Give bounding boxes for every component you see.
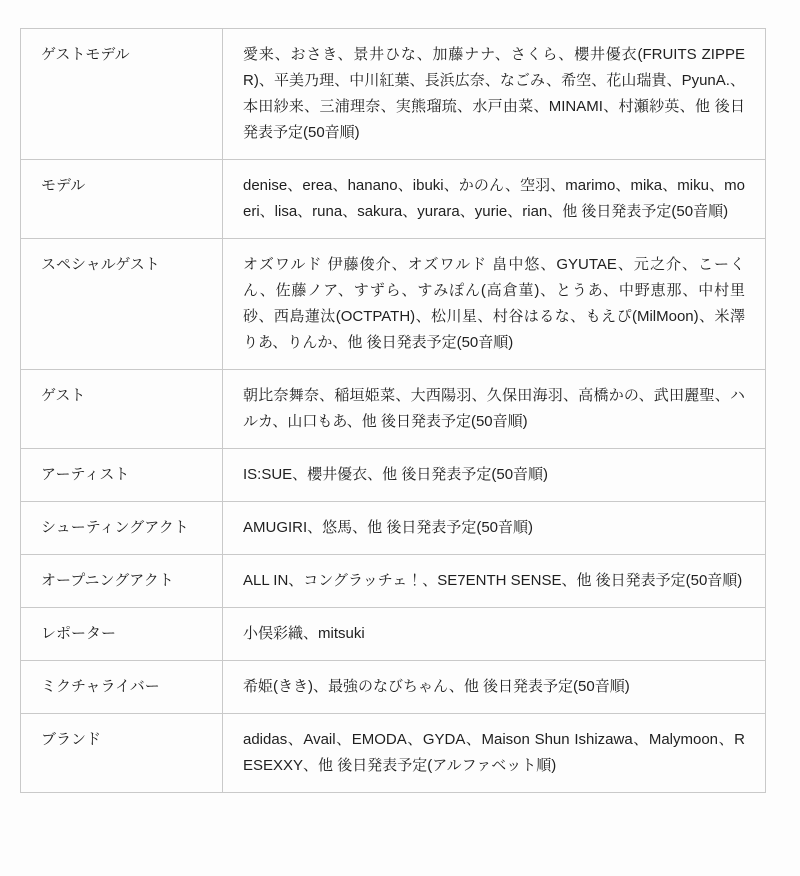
category-label: ブランド (21, 714, 223, 793)
category-value: adidas、Avail、EMODA、GYDA、Maison Shun Ishi… (223, 714, 766, 793)
category-label: ミクチャライバー (21, 661, 223, 714)
category-value: 朝比奈舞奈、稲垣姫菜、大西陽羽、久保田海羽、高橋かの、武田麗聖、ハルカ、山口もあ… (223, 370, 766, 449)
category-label: モデル (21, 160, 223, 239)
category-label: アーティスト (21, 449, 223, 502)
category-label: オープニングアクト (21, 555, 223, 608)
category-value: 愛来、おさき、景井ひな、加藤ナナ、さくら、櫻井優衣(FRUITS ZIPPER)… (223, 29, 766, 160)
category-label: スペシャルゲスト (21, 239, 223, 370)
category-value: 希姫(きき)、最強のなびちゃん、他 後日発表予定(50音順) (223, 661, 766, 714)
table-row: オープニングアクト ALL IN、コングラッチェ！、SE7ENTH SENSE、… (21, 555, 766, 608)
table-row: ゲストモデル 愛来、おさき、景井ひな、加藤ナナ、さくら、櫻井優衣(FRUITS … (21, 29, 766, 160)
table-row: シューティングアクト AMUGIRI、悠馬、他 後日発表予定(50音順) (21, 502, 766, 555)
category-value: IS:SUE、櫻井優衣、他 後日発表予定(50音順) (223, 449, 766, 502)
category-label: ゲスト (21, 370, 223, 449)
category-value: denise、erea、hanano、ibuki、かのん、空羽、marimo、m… (223, 160, 766, 239)
table-row: レポーター 小俣彩織、mitsuki (21, 608, 766, 661)
page: ゲストモデル 愛来、おさき、景井ひな、加藤ナナ、さくら、櫻井優衣(FRUITS … (0, 0, 800, 876)
category-value: ALL IN、コングラッチェ！、SE7ENTH SENSE、他 後日発表予定(5… (223, 555, 766, 608)
table-row: アーティスト IS:SUE、櫻井優衣、他 後日発表予定(50音順) (21, 449, 766, 502)
table-row: スペシャルゲスト オズワルド 伊藤俊介、オズワルド 畠中悠、GYUTAE、元之介… (21, 239, 766, 370)
category-label: シューティングアクト (21, 502, 223, 555)
lineup-table: ゲストモデル 愛来、おさき、景井ひな、加藤ナナ、さくら、櫻井優衣(FRUITS … (20, 28, 766, 793)
table-row: ミクチャライバー 希姫(きき)、最強のなびちゃん、他 後日発表予定(50音順) (21, 661, 766, 714)
category-label: ゲストモデル (21, 29, 223, 160)
category-value: AMUGIRI、悠馬、他 後日発表予定(50音順) (223, 502, 766, 555)
table-row: ゲスト 朝比奈舞奈、稲垣姫菜、大西陽羽、久保田海羽、高橋かの、武田麗聖、ハルカ、… (21, 370, 766, 449)
category-value: オズワルド 伊藤俊介、オズワルド 畠中悠、GYUTAE、元之介、こーくん、佐藤ノ… (223, 239, 766, 370)
category-value: 小俣彩織、mitsuki (223, 608, 766, 661)
category-label: レポーター (21, 608, 223, 661)
table-row: モデル denise、erea、hanano、ibuki、かのん、空羽、mari… (21, 160, 766, 239)
table-row: ブランド adidas、Avail、EMODA、GYDA、Maison Shun… (21, 714, 766, 793)
